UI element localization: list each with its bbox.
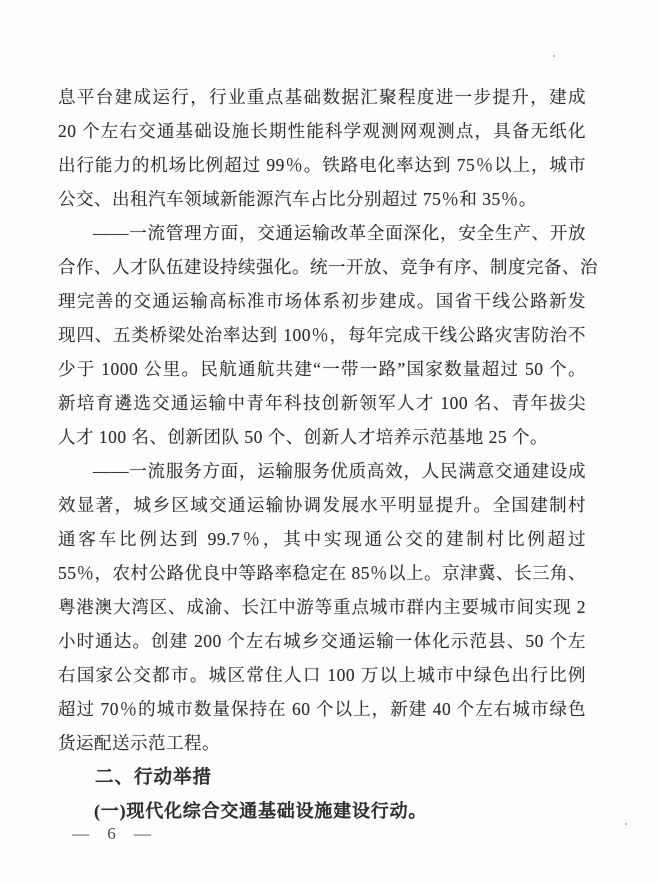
text-line: 效显著，城乡区域交通运输协调发展水平明显提升。全国建制村 (58, 488, 586, 522)
text-line: 小时通达。创建 200 个左右城乡交通运输一体化示范县、50 个左 (58, 624, 586, 658)
text-line: 现四、五类桥梁处治率达到 100％，每年完成干线公路灾害防治不 (58, 318, 586, 352)
text-line: 人才 100 名、创新团队 50 个、创新人才培养示范基地 25 个。 (58, 420, 586, 454)
text-line: 右国家公交都市。城区常住人口 100 万以上城市中绿色出行比例 (58, 658, 586, 692)
text-line: ——一流管理方面，交通运输改革全面深化，安全生产、开放 (58, 216, 586, 250)
text-line: 息平台建成运行，行业重点基础数据汇聚程度进一步提升，建成 (58, 80, 586, 114)
document-page: 息平台建成运行，行业重点基础数据汇聚程度进一步提升，建成20 个左右交通基础设施… (0, 0, 660, 882)
paragraph-continuation: 息平台建成运行，行业重点基础数据汇聚程度进一步提升，建成20 个左右交通基础设施… (58, 80, 586, 216)
text-line: 少于 1000 公里。民航通航共建“一带一路”国家数量超过 50 个。 (58, 352, 586, 386)
text-line: 粤港澳大湾区、成渝、长江中游等重点城市群内主要城市间实现 2 (58, 590, 586, 624)
paragraph-service: ——一流服务方面，运输服务优质高效，人民满意交通建设成效显著，城乡区域交通运输协… (58, 454, 586, 760)
scan-speck (553, 55, 555, 57)
text-line: 理完善的交通运输高标准市场体系初步建成。国省干线公路新发 (58, 284, 586, 318)
paragraph-management: ——一流管理方面，交通运输改革全面深化，安全生产、开放合作、人才队伍建设持续强化… (58, 216, 586, 454)
text-line: 合作、人才队伍建设持续强化。统一开放、竞争有序、制度完备、治 (58, 250, 586, 284)
text-line: ——一流服务方面，运输服务优质高效，人民满意交通建设成 (58, 454, 586, 488)
text-line: 货运配送示范工程。 (58, 726, 586, 760)
text-line: 新培育遴选交通运输中青年科技创新领军人才 100 名、青年拔尖 (58, 386, 586, 420)
page-content: 息平台建成运行，行业重点基础数据汇聚程度进一步提升，建成20 个左右交通基础设施… (58, 80, 586, 828)
scan-speck (625, 823, 627, 825)
page-number-footer: — 6 — (72, 824, 158, 844)
subsection-heading: (一)现代化综合交通基础设施建设行动。 (58, 794, 586, 828)
section-heading: 二、行动举措 (58, 760, 586, 794)
text-line: 通客车比例达到 99.7％，其中实现通公交的建制村比例超过 (58, 522, 586, 556)
text-line: 超过 70％的城市数量保持在 60 个以上，新建 40 个左右城市绿色 (58, 692, 586, 726)
text-line: 20 个左右交通基础设施长期性能科学观测网观测点，具备无纸化 (58, 114, 586, 148)
text-line: 出行能力的机场比例超过 99％。铁路电化率达到 75％以上，城市 (58, 148, 586, 182)
text-line: 公交、出租汽车领域新能源汽车占比分别超过 75％和 35％。 (58, 182, 586, 216)
text-line: 55％，农村公路优良中等路率稳定在 85％以上。京津冀、长三角、 (58, 556, 586, 590)
